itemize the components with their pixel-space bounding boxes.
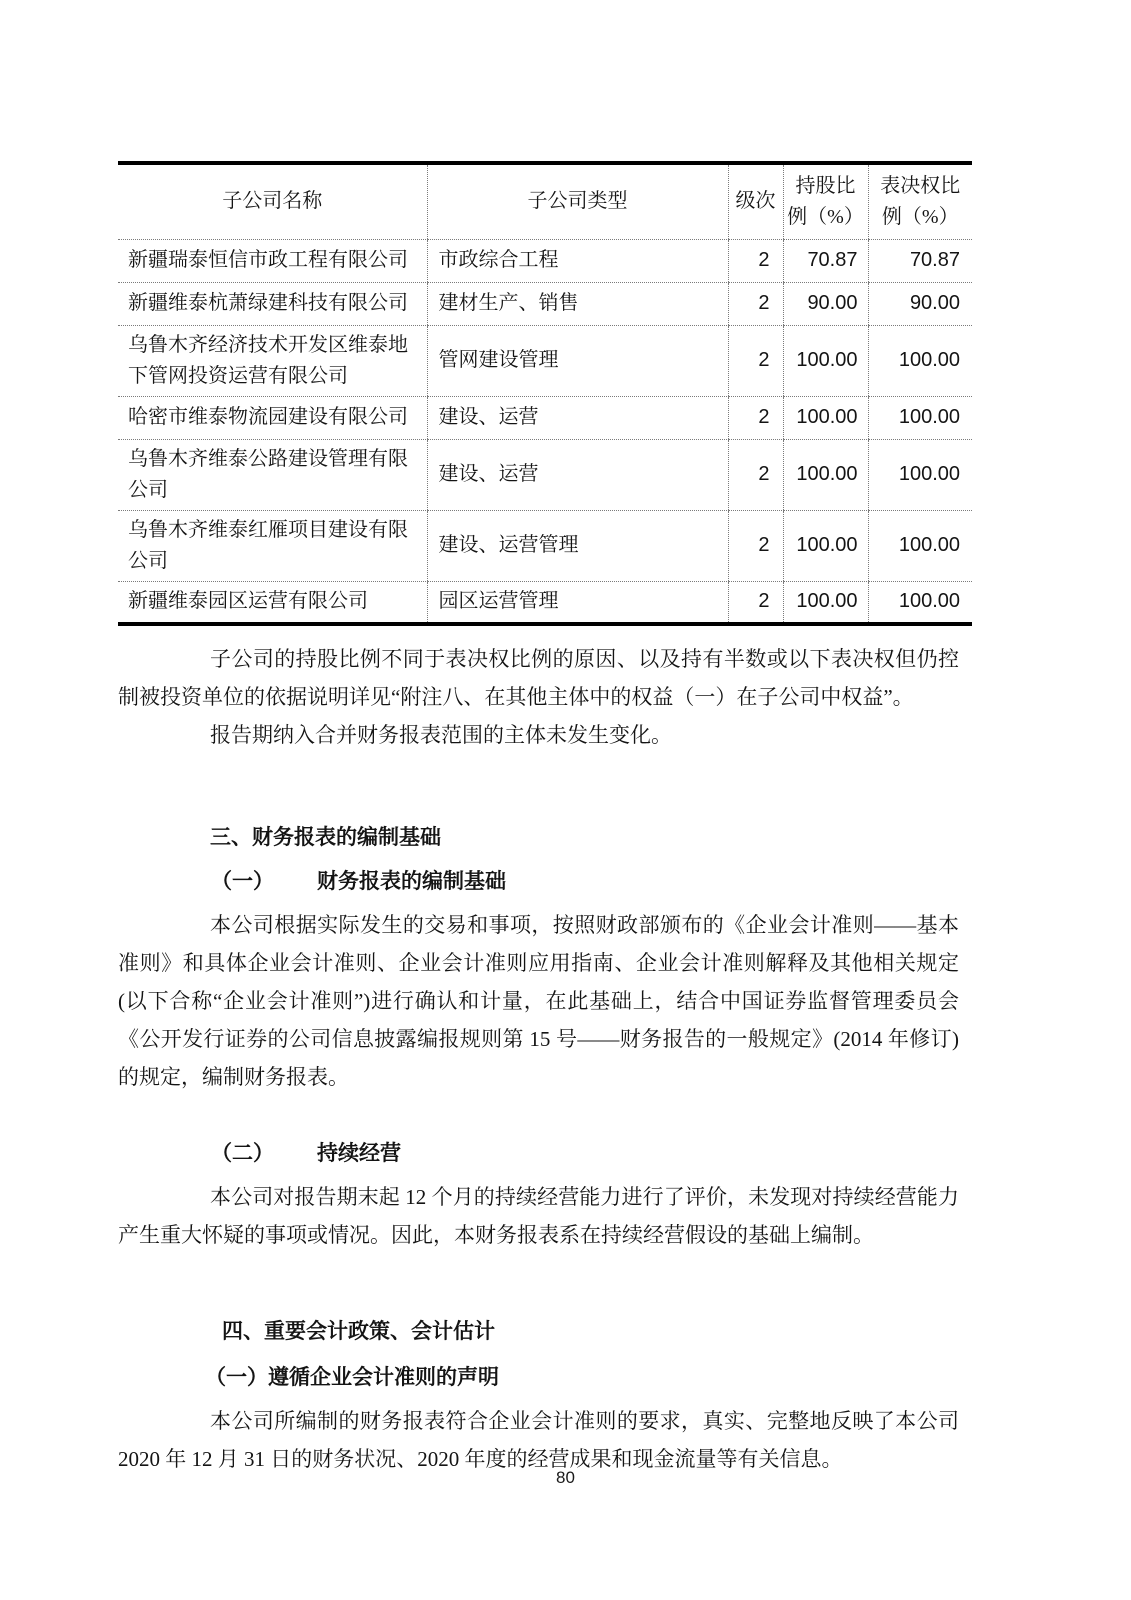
subsidiary-type-cell: 建材生产、销售 [427,282,728,325]
shareholding-cell: 100.00 [783,581,868,624]
level-cell: 2 [728,510,783,581]
table-row: 乌鲁木齐经济技术开发区维泰地下管网投资运营有限公司 管网建设管理 2 100.0… [118,325,972,396]
shareholding-cell: 100.00 [783,510,868,581]
section-4-1-body: 本公司所编制的财务报表符合企业会计准则的要求，真实、完整地反映了本公司 2020… [118,1402,959,1478]
subsidiary-name-cell: 新疆维泰杭萧绿建科技有限公司 [118,282,427,325]
header-subsidiary-name: 子公司名称 [118,163,427,239]
level-cell: 2 [728,282,783,325]
page-number: 80 [0,1468,1131,1488]
section-3-1-title: （一）财务报表的编制基础 [211,862,1131,900]
header-voting-ratio: 表决权比 例（%） [868,163,972,239]
level-cell: 2 [728,439,783,510]
note-paragraph-scope-change: 报告期纳入合并财务报表范围的主体未发生变化。 [118,716,959,754]
subsidiaries-table: 子公司名称 子公司类型 级次 持股比 例（%） 表决权比 例（%） 新疆瑞泰恒信… [118,161,972,626]
section-4-1-title-text: 遵循企业会计准则的声明 [268,1365,499,1389]
voting-cell: 100.00 [868,396,972,439]
level-cell: 2 [728,396,783,439]
section-3-2-title: （二）持续经营 [211,1134,1131,1172]
document-page: 子公司名称 子公司类型 级次 持股比 例（%） 表决权比 例（%） 新疆瑞泰恒信… [0,0,1131,1600]
section-3-2-title-text: 持续经营 [317,1141,401,1165]
subsidiary-name-cell: 新疆瑞泰恒信市政工程有限公司 [118,239,427,282]
shareholding-cell: 100.00 [783,396,868,439]
table-row: 新疆瑞泰恒信市政工程有限公司 市政综合工程 2 70.87 70.87 [118,239,972,282]
section-3-title: 三、财务报表的编制基础 [210,818,1131,856]
header-level: 级次 [728,163,783,239]
section-4-1-label: （一） [205,1365,268,1389]
section-4-1-title: （一）遵循企业会计准则的声明 [205,1358,1131,1396]
subsidiary-name-cell: 乌鲁木齐经济技术开发区维泰地下管网投资运营有限公司 [118,325,427,396]
section-3-2-body: 本公司对报告期末起 12 个月的持续经营能力进行了评价，未发现对持续经营能力产生… [118,1178,959,1254]
shareholding-cell: 90.00 [783,282,868,325]
subsidiary-name-cell: 乌鲁木齐维泰红雁项目建设有限公司 [118,510,427,581]
subsidiary-type-cell: 建设、运营 [427,439,728,510]
shareholding-cell: 100.00 [783,325,868,396]
voting-cell: 100.00 [868,581,972,624]
section-3-2-label: （二） [211,1134,274,1172]
voting-cell: 100.00 [868,439,972,510]
header-subsidiary-type: 子公司类型 [427,163,728,239]
subsidiary-name-cell: 哈密市维泰物流园建设有限公司 [118,396,427,439]
subsidiary-name-cell: 乌鲁木齐维泰公路建设管理有限公司 [118,439,427,510]
subsidiary-type-cell: 建设、运营 [427,396,728,439]
level-cell: 2 [728,325,783,396]
voting-cell: 100.00 [868,325,972,396]
subsidiary-name-cell: 新疆维泰园区运营有限公司 [118,581,427,624]
subsidiary-type-cell: 市政综合工程 [427,239,728,282]
section-3-1-label: （一） [211,862,274,900]
voting-cell: 100.00 [868,510,972,581]
subsidiary-type-cell: 园区运营管理 [427,581,728,624]
subsidiary-type-cell: 管网建设管理 [427,325,728,396]
note-paragraph-voting-difference: 子公司的持股比例不同于表决权比例的原因、以及持有半数或以下表决权但仍控制被投资单… [118,640,959,716]
table-row: 新疆维泰园区运营有限公司 园区运营管理 2 100.00 100.00 [118,581,972,624]
voting-cell: 70.87 [868,239,972,282]
voting-cell: 90.00 [868,282,972,325]
table-row: 新疆维泰杭萧绿建科技有限公司 建材生产、销售 2 90.00 90.00 [118,282,972,325]
level-cell: 2 [728,239,783,282]
header-shareholding-ratio: 持股比 例（%） [783,163,868,239]
table-row: 乌鲁木齐维泰公路建设管理有限公司 建设、运营 2 100.00 100.00 [118,439,972,510]
shareholding-cell: 100.00 [783,439,868,510]
subsidiary-type-cell: 建设、运营管理 [427,510,728,581]
table-header-row: 子公司名称 子公司类型 级次 持股比 例（%） 表决权比 例（%） [118,163,972,239]
table-row: 乌鲁木齐维泰红雁项目建设有限公司 建设、运营管理 2 100.00 100.00 [118,510,972,581]
section-3-1-title-text: 财务报表的编制基础 [317,869,506,893]
section-4-title: 四、重要会计政策、会计估计 [222,1312,1131,1350]
shareholding-cell: 70.87 [783,239,868,282]
level-cell: 2 [728,581,783,624]
section-3-1-body: 本公司根据实际发生的交易和事项，按照财政部颁布的《企业会计准则——基本准则》和具… [118,906,959,1096]
table-row: 哈密市维泰物流园建设有限公司 建设、运营 2 100.00 100.00 [118,396,972,439]
